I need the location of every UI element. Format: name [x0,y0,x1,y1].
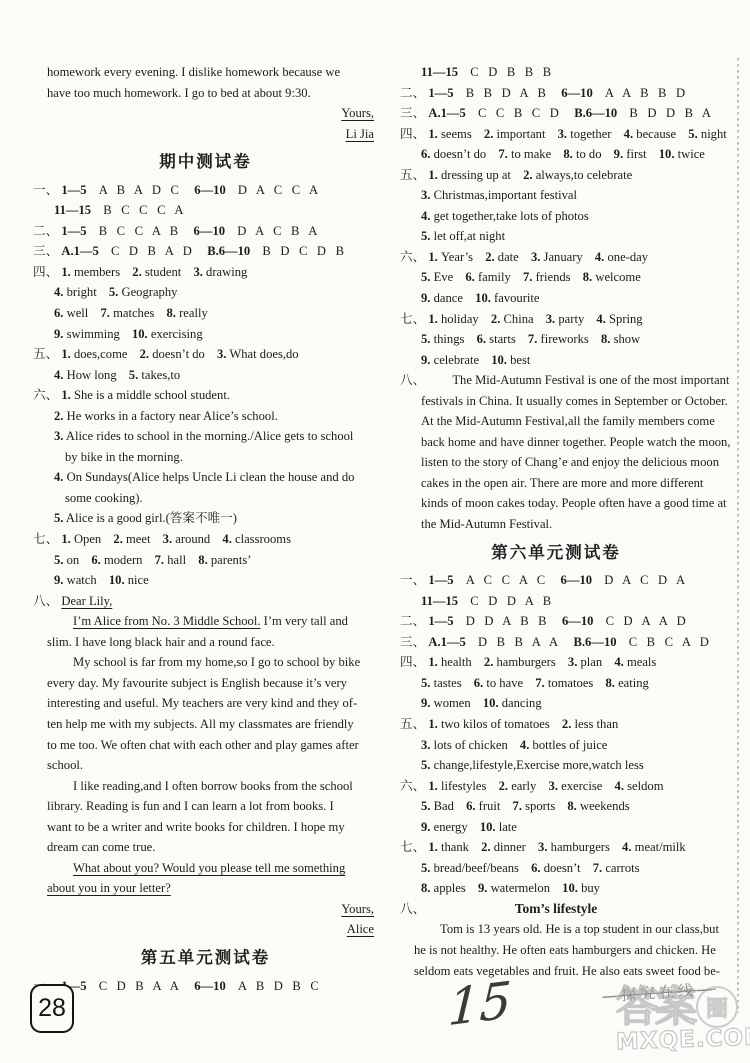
text-line: 5. let off,at night [421,226,712,247]
text-line: At the Mid-Autumn Festival,all the famil… [421,411,712,432]
text-segment: slim. I have long black hair and a round… [47,635,275,649]
text-segment: 2. [54,409,63,423]
text-segment: B.6—10 [574,635,617,649]
text-segment: twice [678,147,705,161]
text-segment: thank [441,840,469,854]
text-segment: A A B B D [605,86,688,100]
text-segment: bread/beef/beans [434,861,519,875]
text-line: 五、 1. dressing up at 2. always,to celebr… [400,165,712,186]
text-segment: 8. [601,332,610,346]
text-segment: tastes [434,676,462,690]
text-segment: 7. [528,332,537,346]
text-segment: 6—10 [194,224,225,238]
text-segment: classrooms [235,532,291,546]
text-segment: 1. [61,532,70,546]
text-segment: watermelon [491,881,550,895]
text-segment: 10. [659,147,675,161]
text-segment: 六、 [33,388,58,402]
text-segment: two kilos of tomatoes [441,717,550,731]
text-line: 三、 A.1—5 D B B A A B.6—10 C B C A D [400,632,712,653]
text-segment: 5. [421,861,430,875]
text-segment: 10. [109,573,125,587]
text-segment: fruit [479,799,501,813]
text-segment: weekends [580,799,630,813]
text-line: 9. dance 10. favourite [421,288,712,309]
text-line: 四、 1. members 2. student 3. drawing [33,262,378,283]
text-segment: 2. [484,127,493,141]
text-segment: doesn’t [544,861,581,875]
text-segment: 9. [421,696,430,710]
text-line: about you in your letter? [47,878,378,899]
text-line: the Mid-Autumn Festival. [421,514,712,535]
text-line: 六、 1. Year’s 2. date 3. January 4. one-d… [400,247,712,268]
text-line: listen to the story of Chang’e and enjoy… [421,452,712,473]
text-segment: dancing [502,696,542,710]
text-segment: January [544,250,583,264]
text-segment: He works in a factory near Alice’s schoo… [67,409,278,423]
text-line: cakes in the open air. There are more an… [421,473,712,494]
text-line: every day. My favourite subject is Engli… [47,673,378,694]
text-segment: 3. [538,840,547,854]
text-segment: first [626,147,646,161]
text-segment: kinds of moon cakes today. People often … [421,496,727,510]
text-segment: back home and have dinner together. Peop… [421,435,731,449]
text-segment: health [441,655,472,669]
text-segment: 7. [155,553,164,567]
text-segment: 9. [421,353,430,367]
text-segment: 11—15 [54,203,91,217]
text-segment: cakes in the open air. There are more an… [421,476,703,490]
text-segment: 2. [485,250,494,264]
text-segment: late [499,820,517,834]
text-line: 9. swimming 10. exercising [54,324,378,345]
text-line: 七、 1. Open 2. meet 3. around 4. classroo… [33,529,378,550]
text-segment: China [504,312,534,326]
text-segment: 二、 [33,224,58,238]
text-segment: doesn’t do [434,147,487,161]
text-segment: My school is far from my home,so I go to… [73,655,360,669]
text-segment: 9. [478,881,487,895]
text-segment: Geography [121,285,177,299]
text-segment: 5. [421,229,430,243]
text-segment: 2. [113,532,122,546]
text-line: 8. apples 9. watermelon 10. buy [421,878,712,899]
text-line: homework every evening. I dislike homewo… [47,62,378,83]
text-segment: members [74,265,120,279]
text-segment: Tom’s lifestyle [515,901,598,916]
text-line: he is not healthy. He often eats hamburg… [414,940,712,961]
text-segment: bottles of juice [533,738,608,752]
text-segment: 6. [421,147,430,161]
text-segment: one-day [607,250,648,264]
text-line: school. [47,755,378,776]
text-line: What about you? Would you please tell me… [47,858,378,879]
text-segment: B D D B A [629,106,714,120]
text-segment: buy [581,881,600,895]
text-segment: dance [434,291,463,305]
text-segment: important [497,127,546,141]
section-title-unit5: 第五单元测试卷 [33,948,378,969]
text-line: back home and have dinner together. Peop… [421,432,712,453]
text-segment: D A C C A [238,183,321,197]
text-segment: change,lifestyle,Exercise more,watch les… [434,758,644,772]
text-line: 四、 1. seems 2. important 3. together 4. … [400,124,712,145]
text-segment: 4. [624,127,633,141]
text-segment: seldom [627,779,663,793]
text-line: 6. well 7. matches 8. really [54,303,378,324]
text-line: 3. lots of chicken 4. bottles of juice [421,735,712,756]
text-segment: C D A A D [606,614,689,628]
text-line: 八、 The Mid-Autumn Festival is one of the… [400,370,712,391]
text-segment: 一、 [33,183,58,197]
text-segment: 5. [421,332,430,346]
text-line: 9. watch 10. nice [54,570,378,591]
text-segment: plan [581,655,603,669]
text-line: 五、 1. does,come 2. doesn’t do 3. What do… [33,344,378,365]
text-line: 9. women 10. dancing [421,693,712,714]
text-segment: 10. [562,881,578,895]
text-segment: 3. [568,655,577,669]
text-line: dream can come true. [47,837,378,858]
text-segment: 9. [54,573,63,587]
text-segment: 8. [563,147,572,161]
text-segment: 4. [595,250,604,264]
text-segment: B.6—10 [207,244,250,258]
text-segment: takes,to [141,368,180,382]
text-segment: 5. [54,511,63,525]
text-line: Tom is 13 years old. He is a top student… [414,919,712,940]
text-segment: 4. [54,368,63,382]
text-line: 11—15 C D B B B [421,62,712,83]
text-line: want to be a writer and write books for … [47,817,378,838]
text-segment: 5. [109,285,118,299]
text-segment: let off,at night [434,229,505,243]
text-segment: some cooking). [65,491,143,505]
text-segment: Yours, [341,902,374,916]
text-segment: 6. [477,332,486,346]
text-segment: 五、 [33,347,58,361]
text-segment: 7. [523,270,532,284]
text-segment: 1. [61,388,70,402]
text-segment: student [145,265,181,279]
text-line: My school is far from my home,so I go to… [47,652,378,673]
text-segment: seldom eats vegetables and fruit. He als… [414,964,720,978]
text-segment: welcome [595,270,640,284]
text-segment: B D C D B [262,244,347,258]
text-segment: party [558,312,584,326]
text-segment: 六、 [400,250,425,264]
text-line: 5. tastes 6. to have 7. tomatoes 8. eati… [421,673,712,694]
text-segment: friends [536,270,571,284]
text-segment: Year’s [441,250,473,264]
text-segment: 5. [421,676,430,690]
text-segment: 八、 [400,899,425,920]
text-segment: I’m very tall and [264,614,348,628]
text-segment: 4. [54,285,63,299]
text-segment: What does,do [229,347,298,361]
text-line: Yours, [33,103,374,124]
text-segment: 四、 [33,265,58,279]
text-segment: meat/milk [635,840,686,854]
text-segment: seems [441,127,472,141]
text-segment: celebrate [434,353,479,367]
text-segment: 6—10 [561,573,592,587]
text-segment: 1—5 [428,614,453,628]
text-segment: 6—10 [194,979,225,993]
text-segment: 1. [428,717,437,731]
text-segment: to have [486,676,523,690]
text-segment: on [67,553,80,567]
text-line: by bike in the morning. [65,447,378,468]
text-segment: I’m Alice from No. 3 Middle School. [73,614,260,628]
text-segment: meals [627,655,656,669]
text-segment: 第六单元测试卷 [491,543,621,562]
text-line: 4. bright 5. Geography [54,282,378,303]
text-segment: women [434,696,471,710]
text-segment: hamburgers [497,655,556,669]
text-segment: 8. [567,799,576,813]
text-segment: show [614,332,641,346]
text-segment: 3. [421,738,430,752]
text-segment: carrots [605,861,639,875]
handwritten-mark: 15 [447,971,513,1038]
text-segment: hall [167,553,186,567]
text-segment: 4. [615,779,624,793]
text-segment: fireworks [541,332,589,346]
text-segment: 5. [129,368,138,382]
text-segment: 2. [484,655,493,669]
text-segment: 七、 [400,840,425,854]
text-segment: 3. [421,188,430,202]
text-segment: around [175,532,210,546]
text-segment: 3. [54,429,63,443]
text-segment: dream can come true. [47,840,155,854]
text-segment: 2. [523,168,532,182]
text-segment: 三、 [400,106,425,120]
text-segment: Li Jia [346,127,374,141]
text-segment: Dear Lily, [61,594,112,608]
text-segment: 2. [481,840,490,854]
text-line: 三、 A.1—5 C C B C D B.6—10 B D D B A [400,103,712,124]
text-line: I’m Alice from No. 3 Middle School. I’m … [47,611,378,632]
text-segment: A.1—5 [428,106,465,120]
text-segment: D B B A A [478,635,561,649]
text-line: 2. He works in a factory near Alice’s sc… [54,406,378,427]
text-segment: holiday [441,312,479,326]
text-segment: 6. [91,553,100,567]
text-segment: Christmas,important festival [434,188,577,202]
text-segment: 1. [428,168,437,182]
text-segment: 七、 [33,532,58,546]
text-segment: 10. [483,696,499,710]
text-segment: listen to the story of Chang’e and enjoy… [421,455,719,469]
text-line: 七、 1. thank 2. dinner 3. hamburgers 4. m… [400,837,712,858]
text-segment: 4. [614,655,623,669]
text-segment: 6. [465,270,474,284]
text-segment: bright [67,285,97,299]
text-segment: 二、 [400,86,425,100]
section-title-midterm: 期中测试卷 [33,152,378,173]
text-line: have too much homework. I go to bed at a… [47,83,378,104]
text-line: 一、 1—5 A B A D C 6—10 D A C C A [33,180,378,201]
text-segment: 1—5 [61,183,86,197]
text-segment: favourite [494,291,539,305]
text-segment: 4. [520,738,529,752]
watermark: —探究在线— 答案 圈 MXQE.COM [616,986,750,1063]
text-segment: 6. [466,799,475,813]
text-segment: Eve [434,270,454,284]
text-segment: exercise [561,779,602,793]
text-segment: ten help me with my subjects. All my cla… [47,717,354,731]
text-segment: 8. [421,881,430,895]
text-segment: 8. [198,553,207,567]
text-segment: 五、 [400,717,425,731]
text-segment: drawing [206,265,247,279]
text-line: 二、 1—5 B B D A B 6—10 A A B B D [400,83,712,104]
text-line: 3. Christmas,important festival [421,185,712,206]
text-segment: matches [113,306,154,320]
text-segment: A.1—5 [428,635,465,649]
page-number-badge: 28 [30,984,74,1033]
text-line: I like reading,and I often borrow books … [47,776,378,797]
text-segment: D A C D A [604,573,688,587]
text-line: kinds of moon cakes today. People often … [421,493,712,514]
text-segment: 4. [54,470,63,484]
text-segment: 六、 [400,779,425,793]
text-segment: 10. [491,353,507,367]
text-segment: library. Reading is fun and I can learn … [47,799,334,813]
text-segment: meet [126,532,150,546]
text-segment: homework every evening. I dislike homewo… [47,65,340,79]
text-segment: 4. [222,532,231,546]
text-line: 6. doesn’t do 7. to make 8. to do 9. fir… [421,144,712,165]
text-segment: A.1—5 [61,244,98,258]
text-segment: 八、 [33,594,58,608]
text-segment: 8. [166,306,175,320]
text-segment: eating [618,676,649,690]
text-line: 五、 1. two kilos of tomatoes 2. less than [400,714,712,735]
text-line: 5. on 6. modern 7. hall 8. parents’ [54,550,378,571]
text-segment: C B C A D [629,635,712,649]
text-segment: swimming [67,327,120,341]
text-segment: modern [104,553,142,567]
text-line: Li Jia [33,124,374,145]
text-segment: On Sundays(Alice helps Uncle Li clean th… [67,470,355,484]
text-line: 4. get together,take lots of photos [421,206,712,227]
text-segment: 9. [614,147,623,161]
text-segment: 9. [421,820,430,834]
text-line: 4. On Sundays(Alice helps Uncle Li clean… [54,467,378,488]
text-segment: 四、 [400,127,425,141]
text-segment: 1. [61,265,70,279]
text-segment: 3. [558,127,567,141]
text-segment: Tom is 13 years old. He is a top student… [440,922,719,936]
text-segment: 11—15 [421,65,458,79]
text-segment: B C C C A [103,203,186,217]
text-segment: 1—5 [61,224,86,238]
text-segment: 1—5 [428,573,453,587]
text-segment: 3. [531,250,540,264]
text-segment: 10. [132,327,148,341]
text-segment: 3. [193,265,202,279]
text-segment: 2. [140,347,149,361]
text-segment: 1. [428,840,437,854]
text-segment: 四、 [400,655,425,669]
text-line: slim. I have long black hair and a round… [47,632,378,653]
text-segment: lifestyles [441,779,486,793]
text-line: to me too. We often chat with each other… [47,735,378,756]
text-segment: date [498,250,519,264]
text-segment: nice [128,573,149,587]
text-segment: really [179,306,208,320]
text-segment: Alice [347,922,374,936]
text-segment: sports [525,799,555,813]
text-segment: watch [67,573,97,587]
section-title-unit6: 第六单元测试卷 [400,543,712,564]
text-line: interesting and useful. My teachers are … [47,693,378,714]
text-segment: to me too. We often chat with each other… [47,738,359,752]
text-line: 六、 1. She is a middle school student. [33,385,378,406]
text-segment: 2. [132,265,141,279]
text-segment: 7. [498,147,507,161]
text-segment: 5. [421,270,430,284]
text-segment: Open [74,532,101,546]
text-segment: the Mid-Autumn Festival. [421,517,552,531]
text-line: 5. things 6. starts 7. fireworks 8. show [421,329,712,350]
text-line: 三、 A.1—5 C D B A D B.6—10 B D C D B [33,241,378,262]
scanned-answer-page: { "colors":{"ink":"#1c1c1c","page":"#fbf… [0,0,750,1063]
text-segment: he is not healthy. He often eats hamburg… [414,943,716,957]
text-segment: 5. [688,127,697,141]
text-segment: 8. [605,676,614,690]
text-line: 二、 1—5 B C C A B 6—10 D A C B A [33,221,378,242]
text-segment: dressing up at [441,168,511,182]
text-segment: 11—15 [421,594,458,608]
text-segment: apples [434,881,466,895]
text-segment: have too much homework. I go to bed at a… [47,86,311,100]
text-segment: 1. [428,312,437,326]
text-segment: about you in your letter? [47,881,171,895]
text-segment: hamburgers [551,840,610,854]
text-segment: 五、 [400,168,425,182]
text-segment: school. [47,758,83,772]
text-segment: 5. [421,758,430,772]
text-segment: 1. [428,250,437,264]
text-segment: C D B A D [111,244,195,258]
text-segment: early [511,779,536,793]
text-segment: 一、 [400,573,425,587]
text-segment: 5. [54,553,63,567]
text-line: 5. Bad 6. fruit 7. sports 8. weekends [421,796,712,817]
text-segment: C D B A A [99,979,182,993]
text-segment: to do [576,147,602,161]
text-line: 3. Alice rides to school in the morning.… [54,426,378,447]
text-segment: well [67,306,89,320]
text-line: Yours, [33,899,374,920]
text-line: 六、 1. lifestyles 2. early 3. exercise 4.… [400,776,712,797]
text-segment: C D D A B [470,594,554,608]
text-segment: 7. [513,799,522,813]
text-line: 5. Alice is a good girl.(答案不唯一) [54,508,378,529]
text-segment: 3. [546,312,555,326]
text-segment: A B D B C [238,979,322,993]
text-segment: Spring [609,312,643,326]
text-segment: 二、 [400,614,425,628]
text-segment: 6. [474,676,483,690]
text-segment: I like reading,and I often borrow books … [73,779,353,793]
text-segment: 10. [480,820,496,834]
right-column: 11—15 C D B B B 二、 1—5 B B D A B 6—10 A … [400,62,712,981]
